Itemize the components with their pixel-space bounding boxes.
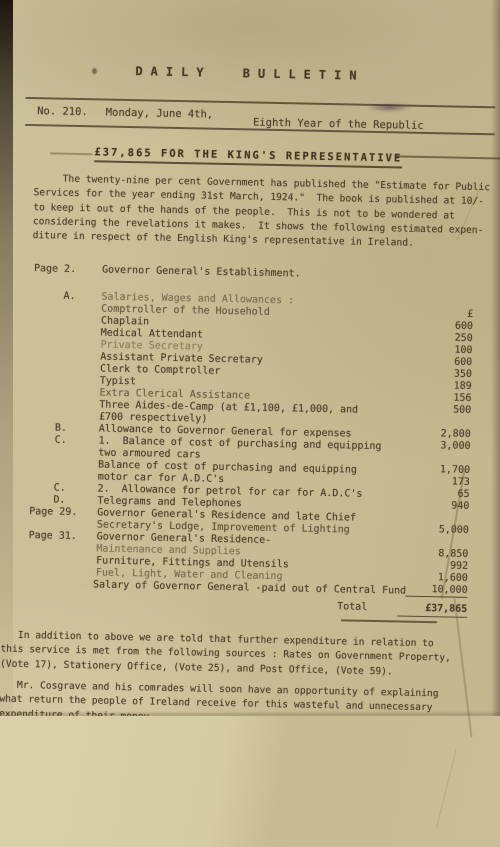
intro-paragraph: The twenty-nine per cent Government has … — [33, 172, 498, 253]
headline-row: £37,865 FOR THE KING'S REPRESENTATIVE — [0, 138, 499, 166]
lower-fold-panel — [0, 716, 500, 847]
headline-rule-fragment-right — [396, 155, 500, 159]
total-label: Total — [337, 601, 367, 617]
row-amount: 10,000 — [406, 584, 468, 598]
issue-number: No. 210. — [37, 105, 88, 118]
masthead-title: DAILY BULLETIN — [0, 61, 500, 85]
section-heading-marker: Page 2. — [34, 264, 102, 276]
headline: £37,865 FOR THE KING'S REPRESENTATIVE — [94, 146, 402, 168]
typewritten-content: DAILY BULLETIN No. 210. Monday, June 4th… — [0, 0, 500, 731]
issue-line: No. 210. Monday, June 4th, Eighth Year o… — [37, 105, 499, 126]
ink-speck — [92, 68, 97, 74]
total-underline-rule — [341, 620, 437, 624]
section-heading: Page 2. Governor General's Establishment… — [34, 264, 496, 284]
closing-paragraph-sources: In addition to above we are told that fu… — [0, 629, 489, 682]
section-heading-text: Governor General's Establishment. — [102, 265, 496, 284]
row-marker — [28, 579, 94, 593]
ink-smudge — [366, 103, 412, 112]
ledger-rows: A.Salaries, Wages and Allowances :Comptr… — [28, 291, 474, 601]
issue-date: Monday, June 4th, — [106, 107, 214, 121]
headline-rule-fragment-left — [50, 152, 92, 155]
document-page: DAILY BULLETIN No. 210. Monday, June 4th… — [0, 0, 500, 847]
